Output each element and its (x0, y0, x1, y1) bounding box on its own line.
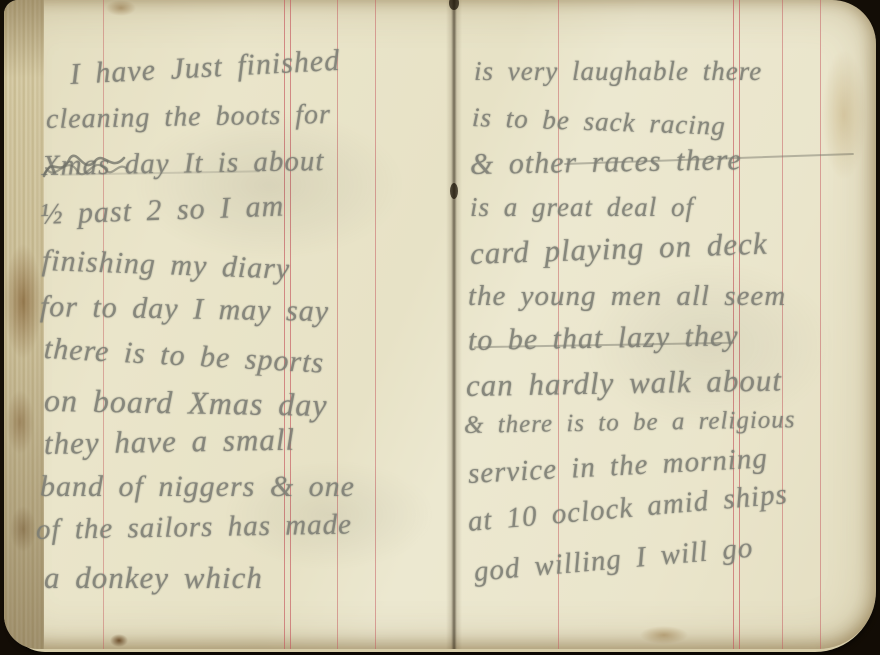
diary-line: for to day I may say (40, 290, 330, 329)
paper-stain (106, 0, 136, 16)
diary-line: the young men all seem (468, 280, 786, 313)
diary-line: ½ past 2 so I am (39, 189, 284, 232)
diary-line: can hardly walk about (466, 362, 783, 404)
ruled-line (337, 0, 338, 649)
diary-line: & other races there (470, 143, 742, 182)
diary-line: to be that lazy they (468, 319, 739, 358)
diary-line: cleaning the boots for (46, 99, 331, 136)
diary-line: on board Xmas day (44, 382, 328, 424)
diary-line: is very laughable there (474, 56, 762, 87)
gutter-notch (450, 183, 458, 199)
ruled-line (375, 0, 376, 649)
diary-line: finishing my diary (41, 244, 290, 287)
paper-stain (110, 634, 128, 647)
paper-stain (640, 626, 688, 644)
ruled-line (782, 0, 783, 649)
notebook-spread: I have Just finished cleaning the boots … (4, 0, 876, 649)
diary-line: they have a small (44, 422, 296, 462)
diary-line: a donkey which (44, 560, 263, 596)
diary-line: there is to be sports (43, 332, 325, 381)
paper-stain (822, 50, 866, 180)
diary-line: band of niggers & one (40, 470, 355, 504)
fore-edge-page-stack (4, 0, 44, 649)
book-gutter (446, 0, 462, 649)
diary-line: is to be sack racing (471, 102, 726, 142)
diary-line: Xmas day It is about (42, 145, 325, 183)
diary-line: of the sailors has made (36, 508, 353, 547)
diary-line: & there is to be a religious (464, 406, 796, 440)
ruled-line (820, 0, 821, 649)
diary-photo: I have Just finished cleaning the boots … (0, 0, 880, 655)
diary-line: god willing I will go (473, 532, 755, 589)
diary-line: card playing on deck (469, 226, 768, 272)
diary-line: is a great deal of (470, 192, 694, 223)
diary-line: I have Just finished (69, 44, 341, 92)
